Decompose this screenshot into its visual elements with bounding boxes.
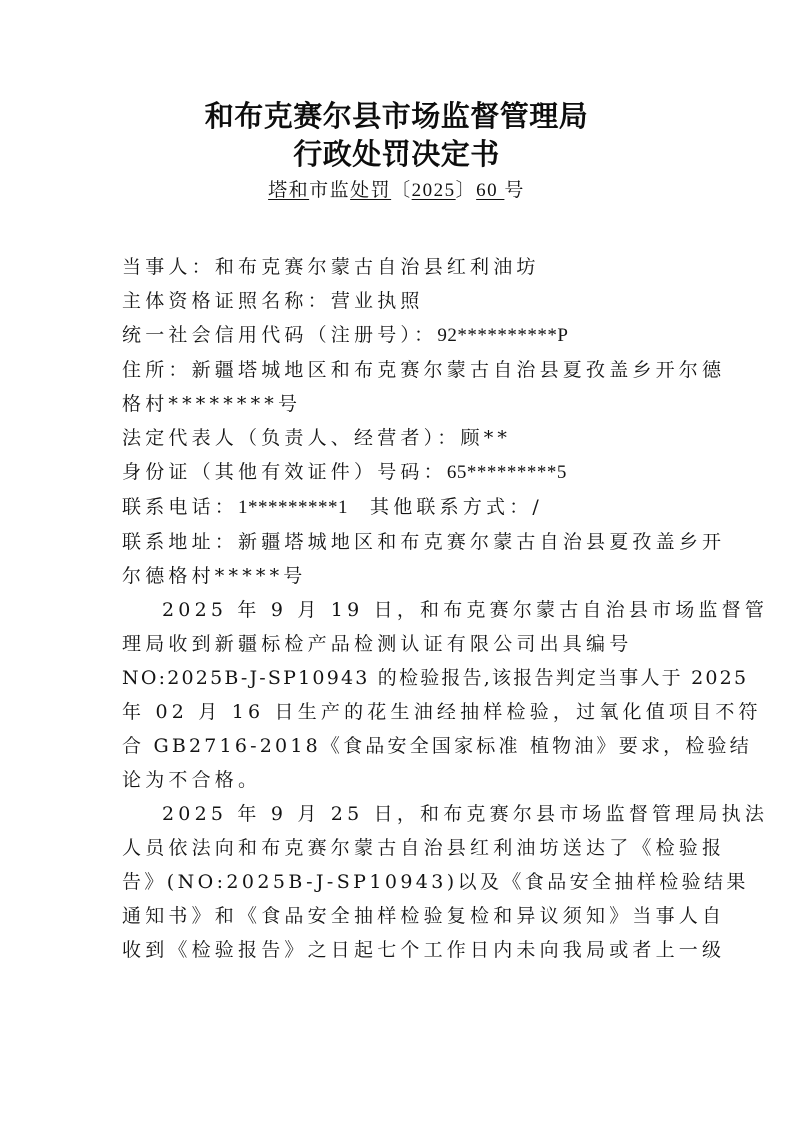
residence-line-cont: 格村********号 [122,387,674,421]
id-number-value: 65*********5 [447,462,567,483]
para1-line: 2025 年 9 月 19 日，和布克赛尔蒙古自治县市场监督管 [122,593,674,627]
other-contact-value: / [532,496,543,518]
credit-code-label: 统一社会信用代码（注册号）： [122,324,437,346]
para2-line: 人员依法向和布克赛尔蒙古自治县红利油坊送达了《检验报 [122,831,674,865]
contact-address-value-line2: 尔德格村*****号 [122,565,307,587]
license-name-line: 主体资格证照名称：营业执照 [122,284,674,318]
legal-rep-line: 法定代表人（负责人、经营者）：顾** [122,421,674,455]
doc-number-prefix: 塔和 [268,180,309,201]
phone-value: 1*********1 [238,497,348,518]
document-page: 和布克赛尔县市场监督管理局 行政处罚决定书 塔和市监处罚〔2025〕60 号 当… [0,0,793,1122]
para2-line: 通知书》和《食品安全抽样检验复检和异议须知》当事人自 [122,899,674,933]
id-number-line: 身份证（其他有效证件）号码：65*********5 [122,455,674,490]
license-name-value: 营业执照 [331,290,424,312]
doc-number-bracket-close: 〕 [456,180,477,201]
doc-number-category: 处罚 [350,180,391,201]
para2-line: 2025 年 9 月 25 日，和布克赛尔县市场监督管理局执法 [122,797,674,831]
body-paragraph-2: 2025 年 9 月 25 日，和布克赛尔县市场监督管理局执法 人员依法向和布克… [122,797,674,967]
document-body: 当事人：和布克赛尔蒙古自治县红利油坊 主体资格证照名称：营业执照 统一社会信用代… [122,250,674,967]
document-title-agency: 和布克赛尔县市场监督管理局 [0,97,793,135]
para1-line: NO:2025B-J-SP10943 的检验报告,该报告判定当事人于 2025 [122,661,674,695]
document-title-type: 行政处罚决定书 [0,135,793,173]
residence-line: 住所：新疆塔城地区和布克赛尔蒙古自治县夏孜盖乡开尔德 [122,353,674,387]
party-label: 当事人： [122,256,215,278]
residence-label: 住所： [122,359,192,381]
phone-label: 联系电话： [122,496,238,518]
credit-code-value: 92**********P [437,325,568,346]
doc-number-year: 2025 [412,180,456,201]
para1-line: 合 GB2716-2018《食品安全国家标准 植物油》要求，检验结 [122,729,674,763]
party-value: 和布克赛尔蒙古自治县红利油坊 [215,256,540,278]
para1-line: 理局收到新疆标检产品检测认证有限公司出具编号 [122,627,674,661]
para2-line: 告》(NO:2025B-J-SP10943)以及《食品安全抽样检验结果 [122,865,674,899]
other-contact-label: 其他联系方式： [370,496,532,518]
contact-address-line-cont: 尔德格村*****号 [122,559,674,593]
residence-value-line2: 格村********号 [122,393,301,415]
para1-line: 论为不合格。 [122,763,674,797]
id-number-label: 身份证（其他有效证件）号码： [122,461,447,483]
document-number: 塔和市监处罚〔2025〕60 号 [0,178,793,204]
doc-number-serial: 60 [476,180,504,201]
para2-line: 收到《检验报告》之日起七个工作日内未向我局或者上一级 [122,933,674,967]
credit-code-line: 统一社会信用代码（注册号）：92**********P [122,318,674,353]
contact-address-value-line1: 新疆塔城地区和布克赛尔蒙古自治县夏孜盖乡开 [238,531,725,553]
legal-rep-label: 法定代表人（负责人、经营者）： [122,427,461,449]
doc-number-suffix: 号 [504,180,525,201]
para1-line: 年 02 月 16 日生产的花生油经抽样检验，过氧化值项目不符 [122,695,674,729]
doc-number-agency-abbr: 市监 [309,180,350,201]
license-name-label: 主体资格证照名称： [122,290,331,312]
legal-rep-value: 顾** [461,427,512,449]
phone-line: 联系电话：1*********1其他联系方式：/ [122,490,674,525]
doc-number-bracket-open: 〔 [391,180,412,201]
contact-address-label: 联系地址： [122,531,238,553]
party-line: 当事人：和布克赛尔蒙古自治县红利油坊 [122,250,674,284]
contact-address-line: 联系地址：新疆塔城地区和布克赛尔蒙古自治县夏孜盖乡开 [122,525,674,559]
body-paragraph-1: 2025 年 9 月 19 日，和布克赛尔蒙古自治县市场监督管 理局收到新疆标检… [122,593,674,797]
residence-value-line1: 新疆塔城地区和布克赛尔蒙古自治县夏孜盖乡开尔德 [192,359,726,381]
